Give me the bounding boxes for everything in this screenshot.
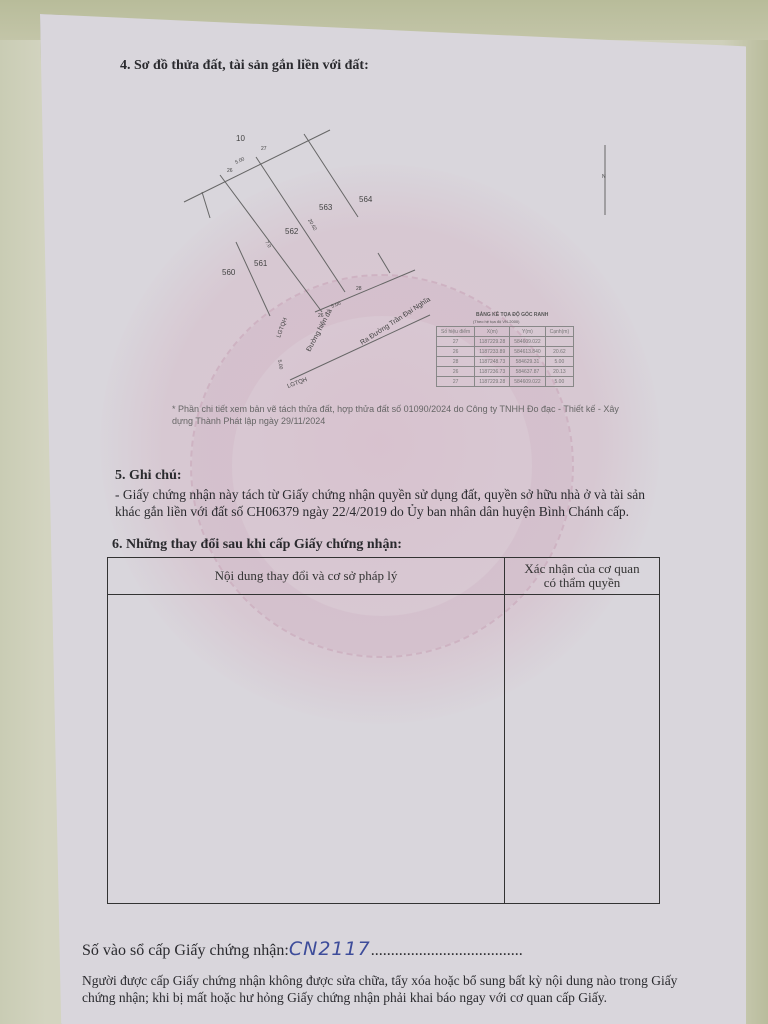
dimension-label: 5.00 [234,156,246,166]
parcel-10-label: 10 [236,134,245,143]
section-5-title: 5. Ghi chú: [115,468,182,484]
coord-cell: 20.62 [545,347,573,357]
coord-cell: 27 [437,377,475,387]
coord-cell: 584613.840 [510,347,545,357]
coord-header: Cạnh(m) [545,327,573,337]
road-label: Ra Đường Trần Đại Nghĩa [358,294,432,346]
coord-cell: 26 [437,347,475,357]
section-5-note: - Giấy chứng nhận này tách từ Giấy chứng… [115,486,655,520]
table-row: 271187229.28584609.022 [437,337,574,347]
coord-cell [545,337,573,347]
coord-header: Số hiệu điểm [437,327,475,337]
parcel-560-label: 560 [222,268,236,277]
coord-table-title: BẢNG KÊ TỌA ĐỘ GÓC RANH [476,312,548,318]
column-header-content: Nội dung thay đổi và cơ sở pháp lý [108,558,505,595]
coord-cell: 1187248.73 [475,357,510,367]
coord-cell: 26 [437,367,475,377]
diagram-footnote: * Phần chi tiết xem bản vẽ tách thửa đất… [172,403,642,427]
warning-notice: Người được cấp Giấy chứng nhận không đượ… [82,972,682,1006]
registry-number: CN2117 [289,938,371,960]
coord-header: Y(m) [510,327,545,337]
table-row: 271187229.28584609.0225.00 [437,377,574,387]
coord-cell: 27 [437,337,475,347]
coord-cell: 1187233.89 [475,347,510,357]
north-arrow-icon: N [602,174,606,180]
coord-table-subtitle: (Theo hệ tọa độ VN-2000) [473,319,519,324]
point-label: 26 [227,168,233,174]
boundary-label: LGTQH [287,377,308,390]
registry-number-line: Số vào sổ cấp Giấy chứng nhận:CN2117....… [82,938,523,960]
changes-content-cell [108,595,505,904]
parcel-562-label: 562 [285,227,299,236]
dimension-label: 5.00 [276,359,284,370]
coord-cell: 1187236.73 [475,367,510,377]
confirmation-cell [505,595,660,904]
parcel-563-label: 563 [319,203,333,212]
registry-label: Số vào sổ cấp Giấy chứng nhận: [82,942,289,959]
dimension-label: 20.62 [306,218,318,232]
coord-cell: 584629.31 [510,357,545,367]
section-6-title: 6. Những thay đổi sau khi cấp Giấy chứng… [112,537,402,553]
coord-cell: 5.00 [545,377,573,387]
coord-cell: 20.13 [545,367,573,377]
dimension-label: 5.00 [331,301,342,310]
table-row: 281187248.73584629.315.00 [437,357,574,367]
coord-cell: 1187229.28 [475,377,510,387]
coord-cell: 1187229.28 [475,337,510,347]
coord-cell: 584609.022 [510,337,545,347]
coord-cell: 584637.87 [510,367,545,377]
dimension-label: 7.0 [263,240,272,249]
point-label: 28 [356,286,362,292]
column-header-confirmation: Xác nhận của cơ quan có thẩm quyền [505,558,660,595]
table-row: 261187236.73584637.8720.13 [437,367,574,377]
table-row: 261187233.89584613.84020.62 [437,347,574,357]
coord-table: Số hiệu điểm X(m) Y(m) Cạnh(m) 271187229… [436,326,574,387]
section-4-title: 4. Sơ đồ thửa đất, tài sản gắn liền với … [120,58,369,74]
changes-table: Nội dung thay đổi và cơ sở pháp lý Xác n… [107,557,660,904]
registry-dots: ...................................... [371,942,523,959]
parcel-561-label: 561 [254,259,268,268]
coord-header: X(m) [475,327,510,337]
coord-cell: 5.00 [545,357,573,367]
boundary-label: LGTQH [276,317,289,338]
coord-cell: 28 [437,357,475,367]
parcel-564-label: 564 [359,195,373,204]
coord-cell: 584609.022 [510,377,545,387]
point-label: 27 [261,146,267,152]
